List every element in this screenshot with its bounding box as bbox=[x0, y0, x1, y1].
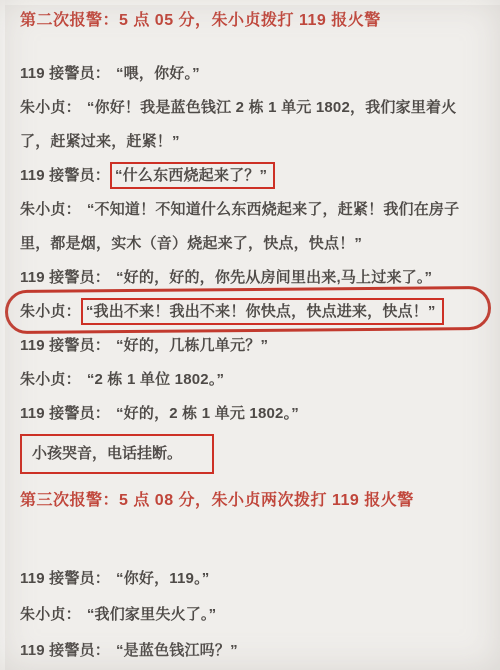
note-line: 小孩哭音，电话挂断。 bbox=[20, 434, 480, 474]
dialogue-line: 119 接警员：“你好，119。” bbox=[20, 561, 480, 597]
dialogue-line: 119 接警员：“什么东西烧起来了？” bbox=[20, 159, 480, 193]
section-title-third-alarm: 第三次报警：5 点 08 分，朱小贞两次拨打 119 报火警 bbox=[20, 490, 480, 511]
speaker-label: 朱小贞： bbox=[20, 606, 81, 623]
dialogue-line: 朱小贞：“2 栋 1 单位 1802。” bbox=[20, 363, 480, 397]
speaker-label: 119 接警员： bbox=[20, 269, 110, 286]
dialogue-line: 119 接警员：“好的，几栋几单元？” bbox=[20, 329, 480, 363]
speaker-label: 119 接警员： bbox=[20, 65, 110, 82]
speaker-label: 朱小贞： bbox=[20, 201, 81, 218]
utterance-text: “好的，好的，你先从房间里出来,马上过来了。” bbox=[110, 269, 432, 286]
utterance-text: “2 栋 1 单位 1802。” bbox=[81, 371, 224, 388]
speaker-label: 119 接警员： bbox=[20, 337, 110, 354]
utterance-text: “我们家里失火了。” bbox=[81, 606, 217, 623]
section-title-second-alarm: 第二次报警：5 点 05 分，朱小贞拨打 119 报火警 bbox=[20, 10, 480, 31]
utterance-text: “你好，119。” bbox=[110, 570, 210, 587]
dialogue-line: 119 接警员：“好的，好的，你先从房间里出来,马上过来了。” bbox=[20, 261, 480, 295]
utterance-text: “好的，2 栋 1 单元 1802。” bbox=[110, 405, 299, 422]
utterance-text: “喂，你好。” bbox=[110, 65, 200, 82]
speaker-label: 119 接警员： bbox=[20, 642, 110, 659]
speaker-label: 朱小贞： bbox=[20, 371, 81, 388]
third-alarm-dialogue: 119 接警员：“你好，119。” 朱小贞：“我们家里失火了。” 119 接警员… bbox=[20, 561, 480, 669]
utterance-text: “不知道！不知道什么东西烧起来了，赶紧！我们在房子里，都是烟，实木（音）烧起来了… bbox=[20, 201, 459, 252]
utterance-text: “你好！我是蓝色钱江 2 栋 1 单元 1802，我们家里着火了，赶紧过来，赶紧… bbox=[20, 99, 456, 150]
dialogue-line: 119 接警员：“好的，2 栋 1 单元 1802。” bbox=[20, 397, 480, 431]
second-alarm-dialogue: 119 接警员：“喂，你好。” 朱小贞：“你好！我是蓝色钱江 2 栋 1 单元 … bbox=[20, 57, 480, 474]
red-boxed-utterance: “我出不来！我出不来！你快点，快点进来，快点！” bbox=[81, 298, 444, 325]
red-boxed-note: 小孩哭音，电话挂断。 bbox=[20, 434, 214, 474]
dialogue-line: 119 接警员：“是蓝色钱江吗？” bbox=[20, 633, 480, 669]
utterance-text: “是蓝色钱江吗？” bbox=[110, 642, 238, 659]
transcript-page: 第二次报警：5 点 05 分，朱小贞拨打 119 报火警 119 接警员：“喂，… bbox=[0, 0, 500, 669]
dialogue-line-circled: 朱小贞：“我出不来！我出不来！你快点，快点进来，快点！” bbox=[20, 295, 480, 329]
dialogue-line: 朱小贞：“你好！我是蓝色钱江 2 栋 1 单元 1802，我们家里着火了，赶紧过… bbox=[20, 91, 480, 159]
red-boxed-utterance: “什么东西烧起来了？” bbox=[110, 162, 275, 189]
dialogue-line: 朱小贞：“我们家里失火了。” bbox=[20, 597, 480, 633]
dialogue-line: 朱小贞：“不知道！不知道什么东西烧起来了，赶紧！我们在房子里，都是烟，实木（音）… bbox=[20, 193, 480, 261]
speaker-label: 119 接警员： bbox=[20, 167, 110, 184]
speaker-label: 119 接警员： bbox=[20, 570, 110, 587]
speaker-label: 朱小贞： bbox=[20, 303, 81, 320]
utterance-text: “好的，几栋几单元？” bbox=[110, 337, 268, 354]
speaker-label: 朱小贞： bbox=[20, 99, 81, 116]
speaker-label: 119 接警员： bbox=[20, 405, 110, 422]
dialogue-line: 119 接警员：“喂，你好。” bbox=[20, 57, 480, 91]
